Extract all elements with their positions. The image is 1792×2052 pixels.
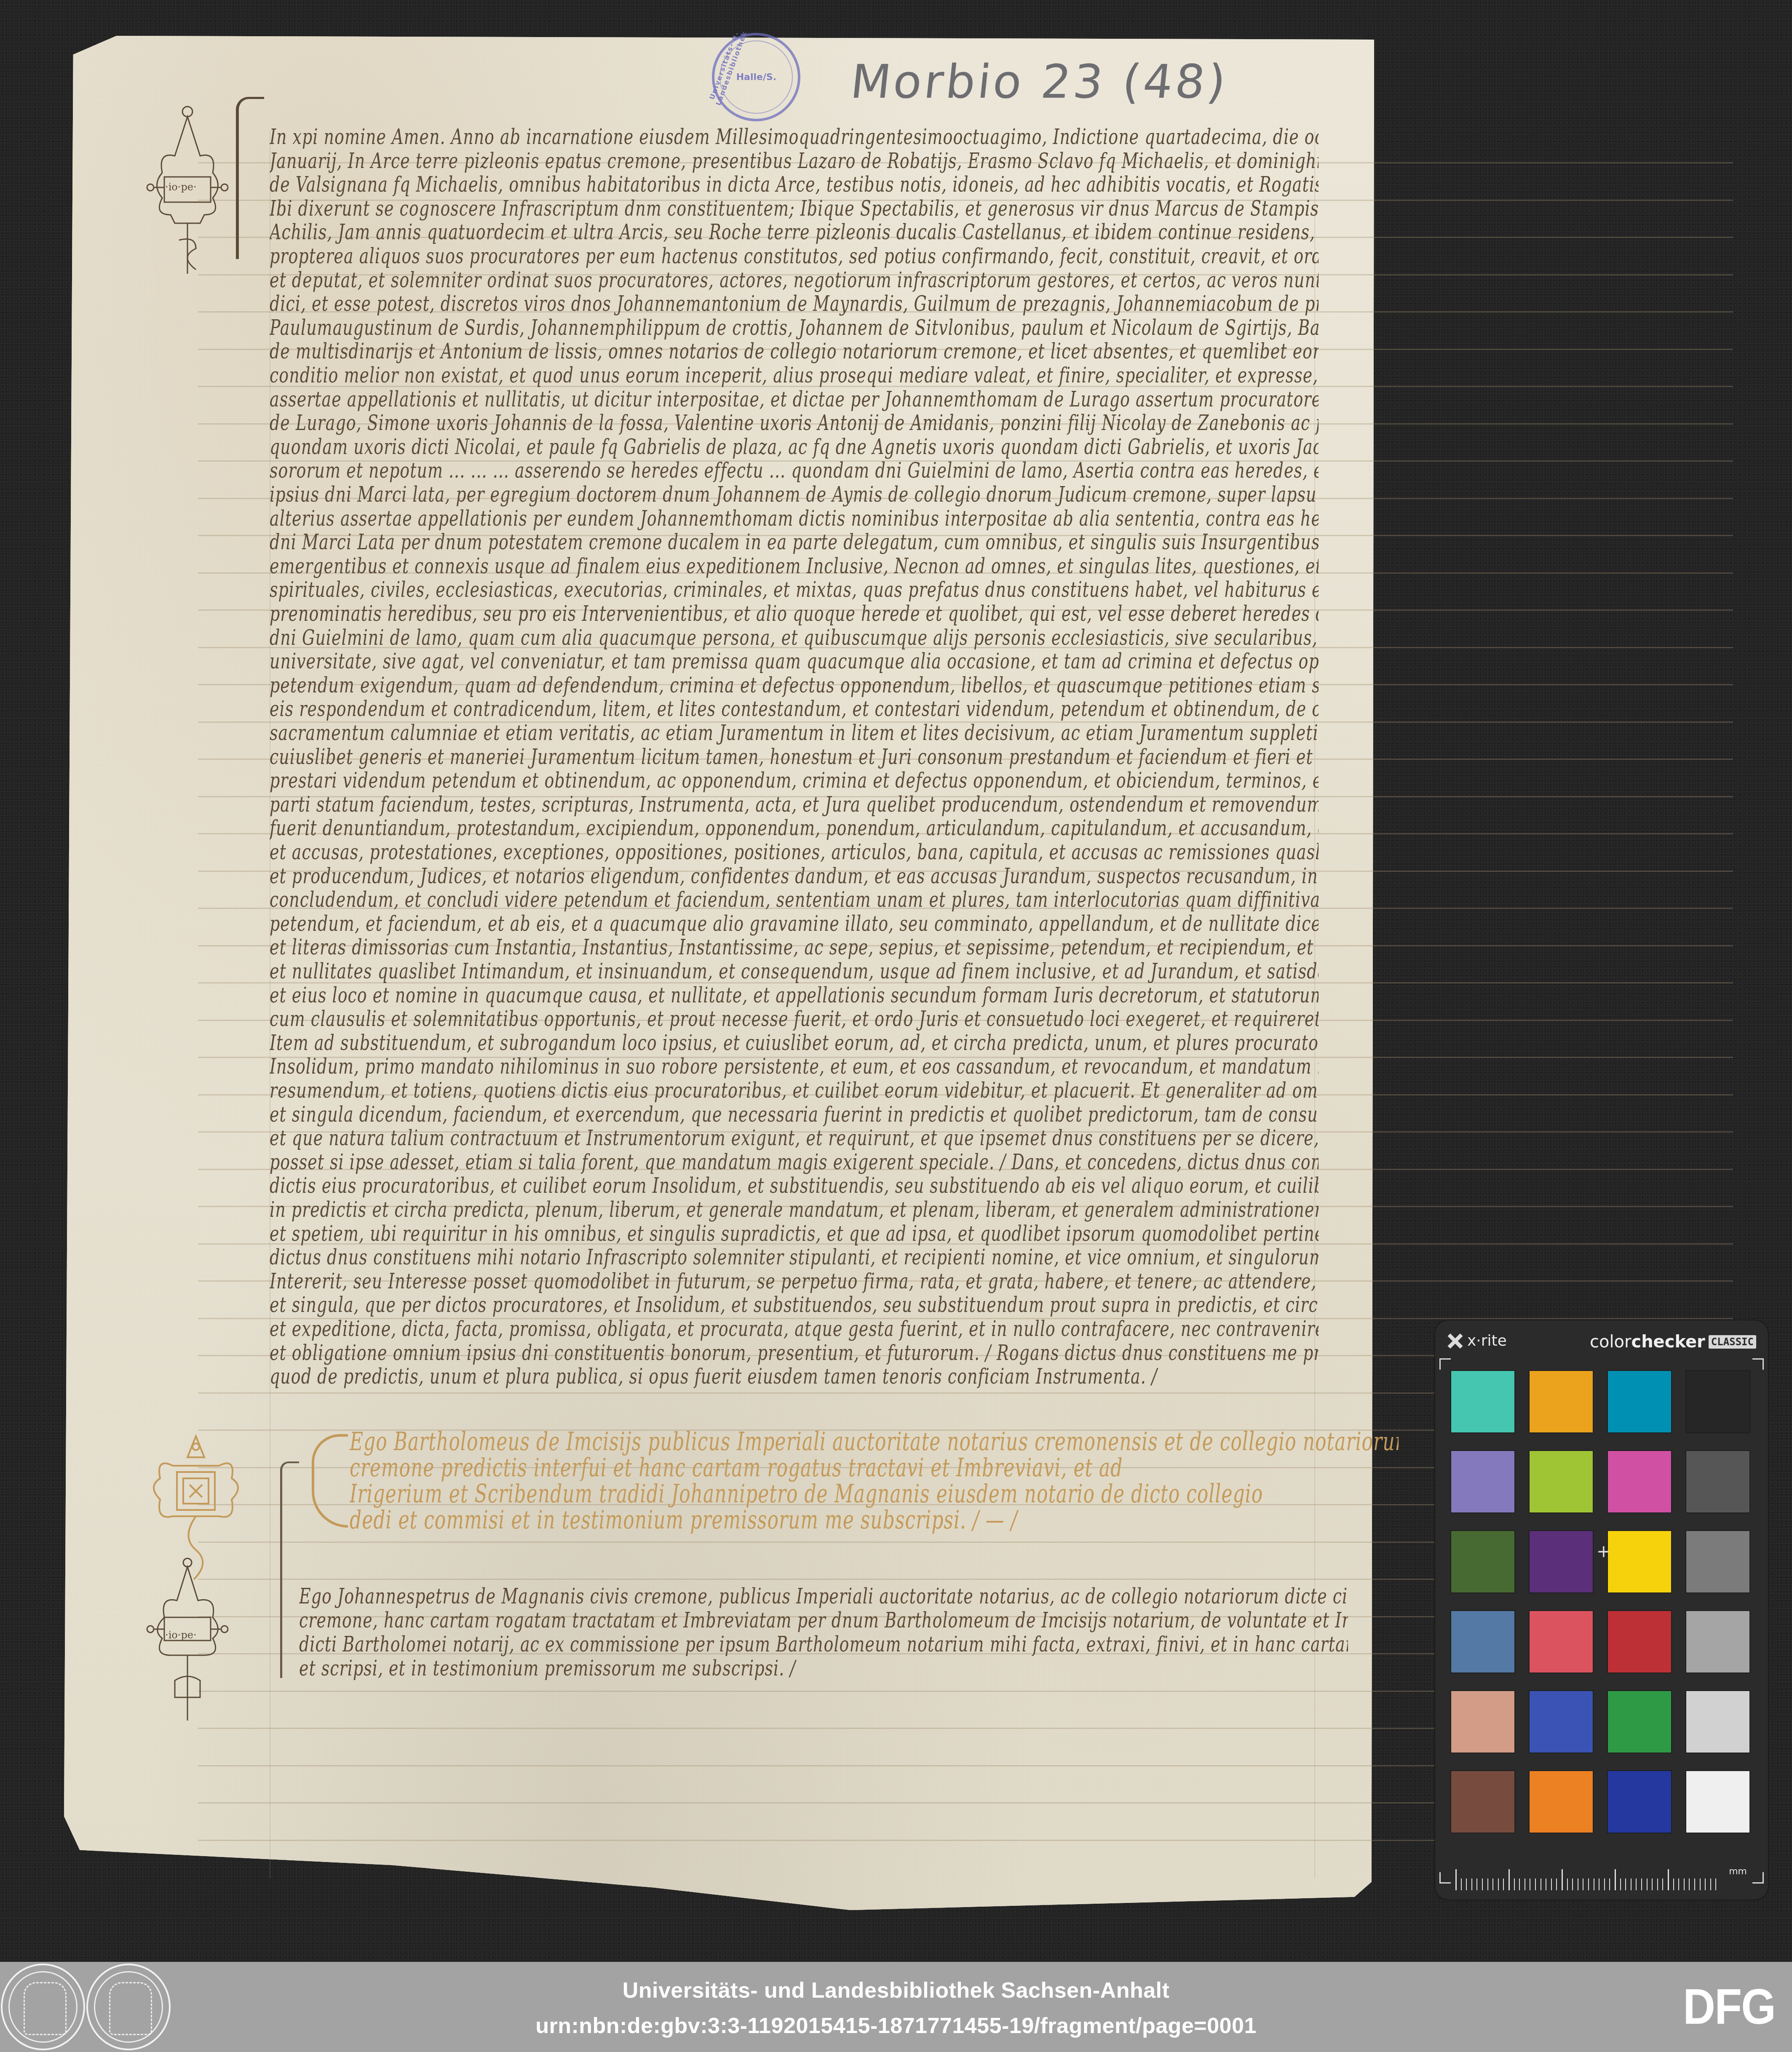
color-patch — [1686, 1371, 1749, 1432]
institution-name: Universitäts- und Landesbibliothek Sachs… — [0, 1978, 1792, 2003]
stamp-center-text: Halle/S. — [736, 72, 776, 83]
color-patch — [1530, 1531, 1593, 1592]
registration-corner-tl — [1439, 1358, 1451, 1370]
color-patch — [1451, 1611, 1514, 1673]
xrite-x-icon — [1447, 1333, 1463, 1349]
notary-signum-label: ·io·pe· — [165, 181, 197, 193]
manuscript-line: quod de predictis, unum et plura publica… — [270, 1359, 1319, 1393]
color-patch — [1451, 1771, 1514, 1833]
product-name-bold: checker — [1631, 1332, 1705, 1352]
dfg-logo: DFG — [1683, 1982, 1775, 2032]
color-patch — [1451, 1371, 1514, 1432]
shelfmark-annotation: Morbio 23 (48) — [848, 55, 1230, 109]
color-patch — [1530, 1371, 1593, 1432]
color-patch — [1608, 1371, 1671, 1432]
color-patch — [1608, 1451, 1671, 1512]
color-patch — [1530, 1691, 1593, 1753]
registration-corner-bl — [1439, 1872, 1451, 1884]
decorated-initial-E — [280, 1462, 299, 1678]
xrite-brand-text: x·rite — [1467, 1332, 1507, 1349]
manuscript-line: dedi et commisi et in testimonium premis… — [350, 1504, 1399, 1538]
color-patch — [1530, 1771, 1593, 1833]
color-patch — [1608, 1531, 1671, 1592]
color-patch-grid — [1451, 1371, 1755, 1833]
registration-corner-tr — [1752, 1358, 1764, 1370]
product-name-light: color — [1590, 1332, 1632, 1352]
color-patch — [1530, 1451, 1593, 1512]
color-patch — [1608, 1691, 1671, 1753]
mm-ruler — [1455, 1869, 1721, 1890]
color-patch — [1530, 1611, 1593, 1673]
xrite-logo: x·rite — [1447, 1332, 1507, 1349]
color-patch — [1686, 1451, 1749, 1512]
color-patch — [1686, 1691, 1749, 1753]
color-patch — [1608, 1771, 1671, 1833]
manuscript-line: et scripsi, et in testimonium premissoru… — [299, 1651, 1348, 1685]
urn-identifier[interactable]: urn:nbn:de:gbv:3:3-1192015415-1871771455… — [0, 2013, 1792, 2039]
decorated-initial-I — [236, 97, 264, 259]
color-patch — [1451, 1531, 1514, 1592]
scan-stage: Universitäts- u. Landesbibliothek Halle/… — [0, 0, 1792, 1962]
colorchecker-target: x·rite colorchecker CLASSIC + mm — [1435, 1320, 1768, 1900]
library-footer-bar: Universitäts- und Landesbibliothek Sachs… — [0, 1962, 1792, 2052]
color-patch — [1686, 1531, 1749, 1592]
color-patch — [1451, 1691, 1514, 1753]
color-patch — [1686, 1611, 1749, 1673]
color-patch — [1608, 1611, 1671, 1673]
registration-corner-br — [1752, 1872, 1764, 1884]
ruler-unit-label: mm — [1729, 1866, 1747, 1877]
notary-signum-2-label: ·io·pe· — [165, 1629, 197, 1641]
classic-badge: CLASSIC — [1709, 1335, 1756, 1349]
colorchecker-product-name: colorchecker CLASSIC — [1590, 1332, 1756, 1352]
color-patch — [1451, 1451, 1514, 1512]
center-crosshair-icon: + — [1597, 1543, 1611, 1560]
color-patch — [1686, 1771, 1749, 1833]
